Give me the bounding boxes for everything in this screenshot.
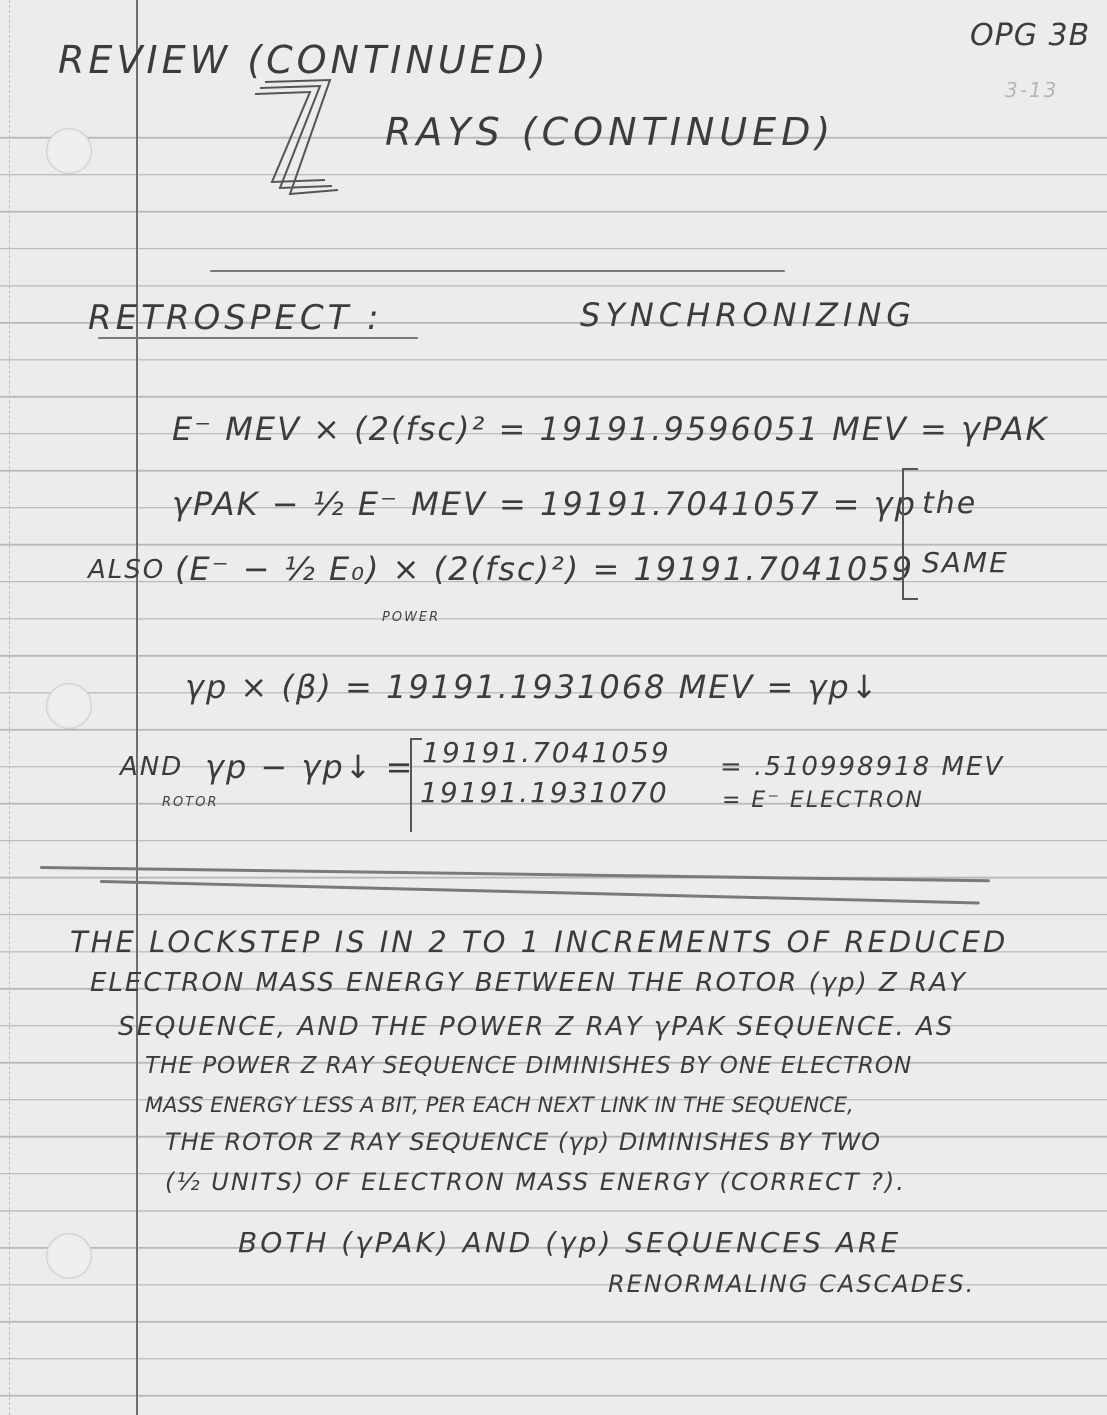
section-subtitle: SYNCHRONIZING xyxy=(580,296,916,334)
binder-hole-middle xyxy=(46,683,92,729)
equation-2: γPAK − ½ E⁻ MEV = 19191.7041057 = γp xyxy=(172,485,917,523)
equation-5-result-1: = .510998918 MEV xyxy=(720,752,1004,782)
paragraph-line: THE POWER Z RAY SEQUENCE DIMINISHES BY O… xyxy=(145,1053,912,1079)
big-z-glyph xyxy=(250,72,340,212)
paragraph-line: THE ROTOR Z RAY SEQUENCE (γp) DIMINISHES… xyxy=(165,1128,881,1156)
paragraph-line: (½ UNITS) OF ELECTRON MASS ENERGY (CORRE… xyxy=(165,1168,906,1196)
perforation-line xyxy=(9,0,10,1415)
paragraph-line: SEQUENCE, AND THE POWER Z RAY γPAK SEQUE… xyxy=(118,1012,954,1042)
paragraph-line: ELECTRON MASS ENERGY BETWEEN THE ROTOR (… xyxy=(90,968,967,998)
bracket-same xyxy=(902,468,918,600)
conclusion-line-2: RENORMALING CASCADES. xyxy=(608,1270,975,1298)
page-id: OPG 3B xyxy=(970,18,1090,53)
equation-5-result-2: = E⁻ ELECTRON xyxy=(722,788,924,813)
paragraph-line: MASS ENERGY LESS A BIT, PER EACH NEXT LI… xyxy=(145,1093,854,1117)
equation-3: (E⁻ − ½ E₀) × (2(fsc)²) = 19191.7041059 xyxy=(175,550,914,588)
bracket-note-the: the xyxy=(922,486,977,521)
equation-5-value-2: 19191.1931070 xyxy=(420,776,669,809)
equation-5-lhs: γp − γp↓ = xyxy=(205,748,414,786)
equation-4: γp × (β) = 19191.1931068 MEV = γp↓ xyxy=(185,668,880,706)
page-date: 3-13 xyxy=(1005,78,1058,102)
margin-rule xyxy=(136,0,138,1415)
bracket-note-same: SAME xyxy=(922,546,1009,579)
section-title: RETROSPECT : xyxy=(88,298,383,338)
paragraph-line: THE LOCKSTEP IS IN 2 TO 1 INCREMENTS OF … xyxy=(70,925,1008,959)
equation-5-prefix: AND xyxy=(120,752,183,782)
binder-hole-top xyxy=(46,128,92,174)
equation-5-value-1: 19191.7041059 xyxy=(422,736,671,769)
header-rays: RAYS (CONTINUED) xyxy=(385,110,835,154)
equation-3-prefix: ALSO xyxy=(88,555,165,585)
power-sublabel: POWER xyxy=(382,610,440,625)
title-underline xyxy=(98,337,418,339)
rotor-sublabel: ROTOR xyxy=(162,795,218,810)
divider-top xyxy=(210,270,785,272)
binder-hole-bottom xyxy=(46,1233,92,1279)
conclusion-line-1: BOTH (γPAK) AND (γp) SEQUENCES ARE xyxy=(238,1226,901,1259)
notebook-page xyxy=(0,0,1107,1415)
equation-1: E⁻ MEV × (2(fsc)² = 19191.9596051 MEV = … xyxy=(172,410,1049,448)
